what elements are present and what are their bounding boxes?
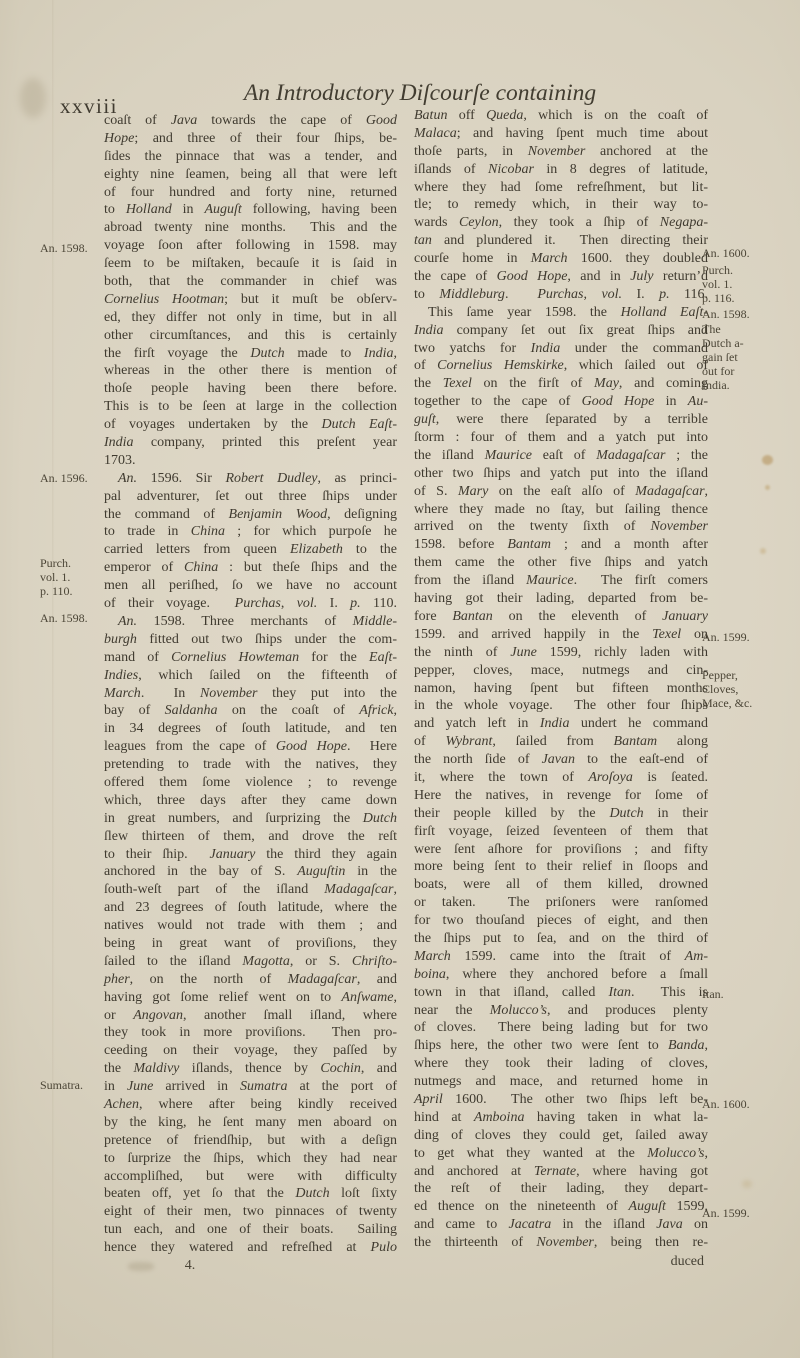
body-line: India company ſet out ſix great ſhips an… [414, 322, 708, 340]
body-line: boats, were all of them killed, drowned [414, 876, 708, 894]
body-line: which, three days after they came down [104, 792, 397, 810]
body-line: ed, they differ not only in time, but in… [104, 309, 397, 327]
body-line: of four hundred and forty nine, returned [104, 184, 397, 202]
margin-note-line: An. 1599. [702, 1206, 780, 1220]
body-line: nutmegs and mace, and returned home in [414, 1073, 708, 1091]
margin-note-line: out for [702, 364, 780, 378]
body-line: ceeding on their voyage, they paſſed by [104, 1042, 397, 1060]
body-line: having got ſome relief went on to Anſwam… [104, 989, 397, 1007]
margin-note-line: gain ſet [702, 350, 780, 364]
body-line: ſeem to be miſtaken, becauſe it is ſaid … [104, 255, 397, 273]
body-line: they took in more proviſions. Then pro- [104, 1024, 397, 1042]
body-line: 1598. before Bantam ; and a month after [414, 536, 708, 554]
body-line: the iſland Maurice eaſt of Madagaſcar ; … [414, 447, 708, 465]
body-line: thoſe people having been there before. [104, 380, 397, 398]
margin-note: An. 1599. [702, 1206, 780, 1220]
body-line: This ſame year 1598. the Holland Eaſt- [414, 304, 708, 322]
body-line: burgh fitted out two ſhips under the com… [104, 631, 397, 649]
margin-note: Itan. [702, 987, 780, 1001]
body-line: 1703. [104, 452, 397, 470]
margin-note-line: An. 1598. [40, 241, 102, 255]
margin-note-line: An. 1600. [702, 246, 780, 260]
margin-note: An. 1598. [40, 241, 102, 255]
body-line: This is to be ſeen at large in the colle… [104, 398, 397, 416]
margin-note: Sumatra. [40, 1078, 102, 1092]
body-line: them came the other five ſhips and yatch [414, 554, 708, 572]
margin-note-line: p. 116. [702, 291, 780, 305]
body-line: to ſurprize the ſhips, which they had ne… [104, 1150, 397, 1168]
margin-note: Pepper,Cloves,Mace, &c. [702, 668, 780, 710]
body-line: more being ſent to their relief in ſloop… [414, 858, 708, 876]
margin-note: An. 1600. [702, 1097, 780, 1111]
margin-note: An. 1599. [702, 630, 780, 644]
body-line: tle; to remedy which, in their way to- [414, 196, 708, 214]
margin-note-line: Mace, &c. [702, 696, 780, 710]
body-line: carried letters from queen Elizabeth to … [104, 541, 397, 559]
body-line: ſailed to the iſland Magotta, or S. Chri… [104, 953, 397, 971]
body-line: pepper, cloves, mace, nutmegs and cin- [414, 662, 708, 680]
margin-note: An. 1600. [702, 246, 780, 260]
body-line: having got their lading, departed from b… [414, 590, 708, 608]
body-line: Cornelius Hootman; but it muſt be obſerv… [104, 291, 397, 309]
body-line: mand of Cornelius Howteman for the Eaſt- [104, 649, 397, 667]
body-line: Indies, which ſailed on the fifteenth of [104, 667, 397, 685]
body-line: An. 1596. Sir Robert Dudley, as princi- [104, 470, 397, 488]
body-line: and yatch left in India undert he comman… [414, 715, 708, 733]
body-line: pal adventurer, ſet out three ſhips unde… [104, 488, 397, 506]
body-line: of Wybrant, ſailed from Bantam along [414, 733, 708, 751]
body-line: ſtorm : four of them and a yatch put int… [414, 429, 708, 447]
body-line: to get what they wanted at the Molucco’s… [414, 1145, 708, 1163]
body-line: eighty nine ſeamen, being all that were … [104, 166, 397, 184]
body-line: the thirteenth of November, being then r… [414, 1234, 708, 1252]
body-line: their people killed by the Dutch in thei… [414, 805, 708, 823]
body-line: in the whole voyage. The other four ſhip… [414, 697, 708, 715]
body-line: of voyages undertaken by the Dutch Eaſt- [104, 416, 397, 434]
body-line: thoſe parts, in November anchored at the [414, 143, 708, 161]
left-text-column: coaſt of Java towards the cape of GoodHo… [104, 112, 397, 1257]
margin-note-line: Purch. [40, 556, 102, 570]
body-line: together to the cape of Good Hope in Au- [414, 393, 708, 411]
body-line: the ſhips put to ſea, and on the third o… [414, 930, 708, 948]
body-line: the ninth of June 1599, richly laden wit… [414, 644, 708, 662]
body-line: emperor of China : but theſe ſhips and t… [104, 559, 397, 577]
body-line: the north ſide of Javan to the eaſt-end … [414, 751, 708, 769]
body-line: beaten off, yet ſo that the Dutch loſt ſ… [104, 1185, 397, 1203]
margin-note-line: p. 110. [40, 584, 102, 598]
body-line: ding of cloves they could get, ſailed aw… [414, 1127, 708, 1145]
body-line: bay of Saldanha on the coaſt of Africk, [104, 702, 397, 720]
body-line: near the Molucco’s, and produces plenty [414, 1002, 708, 1020]
body-line: in great numbers, and ſurprizing the Dut… [104, 810, 397, 828]
body-line: where they had ſome refreſhment, but lit… [414, 179, 708, 197]
body-line: were ſent aſhore for proviſions ; and fi… [414, 841, 708, 859]
body-line: namon, having ſpent but fifteen months [414, 680, 708, 698]
body-line: accompliſhed, but were with difficulty [104, 1168, 397, 1186]
body-line: arrived on the twenty ſixth of November [414, 518, 708, 536]
body-line: ſhips here, the other two were ſent to B… [414, 1037, 708, 1055]
body-line: leagues from the cape of Good Hope. Here [104, 738, 397, 756]
margin-note-line: The [702, 322, 780, 336]
book-page: xxviii An Introductory Diſcourſe contain… [0, 0, 800, 1358]
margin-note-line: vol. 1. [702, 277, 780, 291]
margin-note-line: vol. 1. [40, 570, 102, 584]
body-line: ſlew thirteen of them, and drove the reſ… [104, 828, 397, 846]
body-line: pretending to trade with the natives, th… [104, 756, 397, 774]
body-line: it, where the town of Aroſoya is ſeated. [414, 769, 708, 787]
body-line: to Middleburg. Purchas, vol. I. p. 116. [414, 286, 708, 304]
paper-stain [762, 455, 773, 465]
body-line: ed thence on the nineteenth of Auguſt 15… [414, 1198, 708, 1216]
body-line: the Texel on the firſt of May, and comin… [414, 375, 708, 393]
body-line: both, that the commander in chief was [104, 273, 397, 291]
body-line: other circumſtances, and this is certain… [104, 327, 397, 345]
body-line: iſlands of Nicobar in 8 degres of latitu… [414, 161, 708, 179]
margin-note: An. 1598. [702, 307, 780, 321]
body-line: the Maldivy iſlands, thence by Cochin, a… [104, 1060, 397, 1078]
body-line: voyage ſoon after following in 1598. may [104, 237, 397, 255]
body-line: Hope; and three of their four ſhips, be- [104, 130, 397, 148]
body-line: anchored in the bay of S. Auguſtin in th… [104, 863, 397, 881]
margin-note: TheDutch a-gain ſetout forIndia. [702, 322, 780, 392]
body-line: to Holland in Auguſt following, having b… [104, 201, 397, 219]
body-line: of their voyage. Purchas, vol. I. p. 110… [104, 595, 397, 613]
body-line: abroad twenty nine months. This and the [104, 219, 397, 237]
body-line: other two ſhips and yatch put into the i… [414, 465, 708, 483]
body-line: whereas in the other there is mention of [104, 362, 397, 380]
body-line: Malaca; and having ſpent much time about [414, 125, 708, 143]
body-line: the command of Benjamin Wood, deſigning [104, 506, 397, 524]
margin-note: An. 1598. [40, 611, 102, 625]
margin-note-line: Purch. [702, 263, 780, 277]
body-line: the reſt of their lading, they depart- [414, 1180, 708, 1198]
body-line: Achen, where after being kindly received [104, 1096, 397, 1114]
body-line: boina, where they anchored before a ſmal… [414, 966, 708, 984]
body-line: eight of their men, two pinnaces of twen… [104, 1203, 397, 1221]
margin-note: Purch.vol. 1.p. 116. [702, 263, 780, 305]
margin-note: Purch.vol. 1.p. 110. [40, 556, 102, 598]
body-line: the firſt voyage the Dutch made to India… [104, 345, 397, 363]
body-line: in June arrived in Sumatra at the port o… [104, 1078, 397, 1096]
body-line: from the iſland Maurice. The firſt comer… [414, 572, 708, 590]
body-line: fore Bantan on the eleventh of January [414, 608, 708, 626]
paper-stain [742, 1180, 752, 1188]
margin-note-line: An. 1598. [702, 307, 780, 321]
body-line: and anchored at Ternate, where having go… [414, 1163, 708, 1181]
body-line: ſouth-weſt part of the iſland Madagaſcar… [104, 881, 397, 899]
body-line: An. 1598. Three merchants of Middle- [104, 613, 397, 631]
body-line: Here the natives, in revenge for ſome of [414, 787, 708, 805]
body-line: courſe home in March 1600. they doubled [414, 250, 708, 268]
margin-note-line: An. 1596. [40, 471, 102, 485]
paper-stain [20, 78, 46, 118]
margin-note-line: Dutch a- [702, 336, 780, 350]
body-line: Batun off Queda, which is on the coaſt o… [414, 107, 708, 125]
margin-note-line: An. 1598. [40, 611, 102, 625]
body-line: where they made no ſtay, but ſailing the… [414, 501, 708, 519]
body-line: tan and plundered it. Then directing the… [414, 232, 708, 250]
body-line: men all periſhed, ſo we have no account [104, 577, 397, 595]
margin-note-line: Itan. [702, 987, 780, 1001]
body-line: pher, on the north of Madagaſcar, and [104, 971, 397, 989]
body-line: firſt voyage, ſeized ſeventeen of them t… [414, 823, 708, 841]
body-line: coaſt of Java towards the cape of Good [104, 112, 397, 130]
body-line: town in that iſland, called Itan. This i… [414, 984, 708, 1002]
body-line: where they took their lading of cloves, [414, 1055, 708, 1073]
body-line: and 23 degrees of ſouth latitude, where … [104, 899, 397, 917]
body-line: and came to Jacatra in the iſland Java o… [414, 1216, 708, 1234]
body-line: offered them ſome violence ; to revenge [104, 774, 397, 792]
body-line: the cape of Good Hope, and in July retur… [414, 268, 708, 286]
margin-note-line: Cloves, [702, 682, 780, 696]
margin-note: An. 1596. [40, 471, 102, 485]
body-line: of S. Mary on the eaſt alſo of Madagaſca… [414, 483, 708, 501]
body-line: hind at Amboina having taken in what la- [414, 1109, 708, 1127]
right-text-column: Batun off Queda, which is on the coaſt o… [414, 107, 708, 1252]
catchword: duced [414, 1254, 704, 1270]
margin-note-line: An. 1600. [702, 1097, 780, 1111]
body-line: India company, printed this preſent year [104, 434, 397, 452]
body-line: ſides the pinnace that was a tender, and [104, 148, 397, 166]
body-line: 1599. and arrived happily in the Texel o… [414, 626, 708, 644]
body-line: March 1599. came into the ſtrait of Am- [414, 948, 708, 966]
body-line: March. In November they put into the [104, 685, 397, 703]
body-line: of Cornelius Hemskirke, which ſailed out… [414, 357, 708, 375]
body-line: or taken. The priſoners were ranſomed [414, 894, 708, 912]
margin-note-line: An. 1599. [702, 630, 780, 644]
body-line: to trade in China ; for which purpoſe he [104, 523, 397, 541]
body-line: pretence of friendſhip, but with a deſig… [104, 1132, 397, 1150]
body-line: being in great want of proviſions, they [104, 935, 397, 953]
body-line: by the king, he ſent many men aboard on [104, 1114, 397, 1132]
running-header: An Introductory Diſcourſe containing [140, 80, 700, 107]
body-line: of cloves. There being lading but for tw… [414, 1019, 708, 1037]
body-line: April 1600. The other two ſhips left be- [414, 1091, 708, 1109]
margin-note-line: India. [702, 378, 780, 392]
body-line: guſt, were there ſeparated by a terrible [414, 411, 708, 429]
paper-stain [760, 548, 766, 554]
signature-mark: 4. [160, 1258, 220, 1274]
body-line: or Angovan, another ſmall iſland, where [104, 1007, 397, 1025]
body-line: hence they watered and refreſhed at Pulo [104, 1239, 397, 1257]
margin-note-line: Sumatra. [40, 1078, 102, 1092]
body-line: for two thouſand pieces of eight, and th… [414, 912, 708, 930]
body-line: wards Ceylon, they took a ſhip of Negapa… [414, 214, 708, 232]
body-line: to their ſhip. January the third they ag… [104, 846, 397, 864]
paper-stain [128, 1262, 154, 1271]
body-line: natives would not trade with them ; and [104, 917, 397, 935]
paper-stain [765, 485, 770, 490]
body-line: two yatchs for India under the command [414, 340, 708, 358]
body-line: in 34 degrees of ſouth latitude, and ten [104, 720, 397, 738]
margin-note-line: Pepper, [702, 668, 780, 682]
body-line: tun each, and one of their boats. Sailin… [104, 1221, 397, 1239]
